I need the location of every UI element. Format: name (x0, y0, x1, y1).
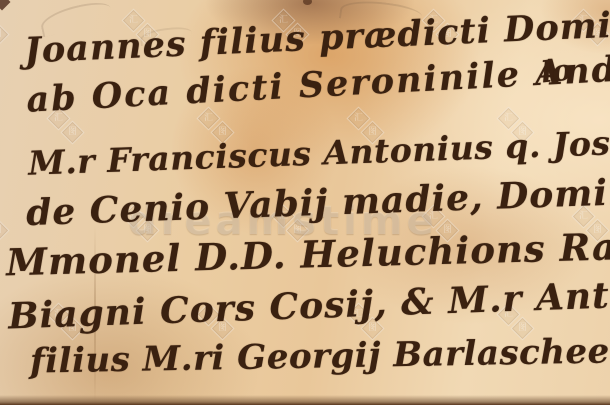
diamond-watermark-icon: 汇 (346, 302, 370, 326)
diamond-watermark-glyph: 图 (365, 321, 380, 336)
diamond-watermark-glyph: 汇 (276, 209, 291, 224)
diamond-watermark-icon: 图 (60, 120, 84, 144)
diamond-watermark-glyph: 图 (590, 223, 605, 238)
diamond-watermark-icon: 图 (360, 316, 384, 340)
diamond-watermark-glyph: 汇 (426, 209, 441, 224)
diamond-watermark-icon: 汇 (421, 8, 445, 32)
diamond-watermark-glyph: 图 (65, 321, 80, 336)
diamond-watermark-glyph: 汇 (51, 307, 66, 322)
photo-bottom-edge (0, 395, 610, 405)
diamond-watermark-glyph: 图 (65, 125, 80, 140)
handwriting-line-2: ab Oca dicti Seroninile Andeloy (25, 44, 610, 121)
diamond-watermark-icon: 汇 (271, 8, 295, 32)
diamond-watermark-glyph: 汇 (126, 13, 141, 28)
diamond-watermark-icon: 汇 (196, 302, 220, 326)
diamond-watermark-glyph: 图 (215, 321, 230, 336)
ghost-pencil-mark (38, 0, 113, 37)
diamond-watermark-glyph: 图 (140, 223, 155, 238)
diamond-watermark-icon: 图 (210, 316, 234, 340)
diamond-watermark-glyph: 图 (590, 27, 605, 42)
handwriting-line-3: M.r Franciscus Antonius q. Jos Mathei (28, 118, 610, 182)
ghost-pencil-mark (139, 26, 192, 46)
diamond-watermark-icon: 图 (360, 120, 384, 144)
diamond-watermark-icon: 图 (0, 218, 10, 242)
diamond-watermark-icon: 图 (585, 218, 609, 242)
diamond-watermark-glyph: 图 (215, 125, 230, 140)
diamond-watermark-icon: 图 (285, 22, 309, 46)
diamond-watermark-icon: 汇 (571, 8, 595, 32)
diamond-watermark-icon: 汇 (46, 302, 70, 326)
stock-watermark-text: dreamstime (128, 198, 438, 244)
diamond-watermark-icon: 图 (285, 218, 309, 242)
diamond-watermark-glyph: 汇 (576, 13, 591, 28)
diamond-watermark-glyph: 图 (515, 321, 530, 336)
diamond-watermark-glyph: 图 (290, 27, 305, 42)
diamond-watermark-icon: 图 (0, 22, 10, 46)
diamond-watermark-glyph: 图 (290, 223, 305, 238)
diamond-watermark-icon: 图 (210, 120, 234, 144)
diamond-watermark-glyph: 汇 (576, 209, 591, 224)
diamond-watermark-glyph: 汇 (501, 307, 516, 322)
diamond-watermark-glyph: 汇 (276, 13, 291, 28)
diamond-watermark-glyph: 图 (365, 125, 380, 140)
diamond-watermark-glyph: 汇 (351, 307, 366, 322)
diamond-watermark-icon: 图 (585, 22, 609, 46)
diamond-watermark-glyph: 汇 (351, 111, 366, 126)
diamond-watermark-icon: 图 (435, 218, 459, 242)
diamond-watermark-icon: 图 (435, 22, 459, 46)
diamond-watermark-icon: 汇 (271, 204, 295, 228)
diamond-watermark-icon: 汇 (46, 106, 70, 130)
diamond-watermark-icon: 汇 (196, 106, 220, 130)
diamond-watermark-glyph: 汇 (501, 111, 516, 126)
diamond-watermark-glyph: 汇 (426, 13, 441, 28)
diamond-watermark-icon: 汇 (496, 106, 520, 130)
diamond-watermark-icon: 图 (60, 316, 84, 340)
diamond-watermark-glyph: 图 (440, 27, 455, 42)
manuscript-photo: 汇图汇图汇图汇图汇图汇图汇图汇图汇图汇图汇图汇图汇图汇图汇图汇图汇图汇图汇图汇图… (0, 0, 610, 405)
diamond-watermark-icon: 图 (510, 120, 534, 144)
diamond-watermark-glyph: 汇 (201, 111, 216, 126)
diamond-watermark-glyph: 图 (0, 27, 5, 42)
diamond-watermark-glyph: 图 (440, 223, 455, 238)
handwriting-line-4: de Cenio Vabij madie, Dominij (25, 170, 610, 234)
top-edge-speck (303, 0, 312, 5)
diamond-watermark-icon: 汇 (121, 204, 145, 228)
paper-crease (94, 225, 96, 405)
handwriting-line-7: filius M.ri Georgij Barlaschee de (30, 330, 610, 381)
diamond-watermark-glyph: 汇 (201, 307, 216, 322)
handwriting-superscript-flourish: lo (539, 53, 573, 90)
diamond-watermark-icon: 汇 (571, 204, 595, 228)
diamond-watermark-icon: 图 (510, 316, 534, 340)
ghost-pencil-mark (339, 0, 423, 30)
diamond-watermark-glyph: 汇 (51, 111, 66, 126)
diamond-watermark-icon: 汇 (496, 302, 520, 326)
diamond-watermark-glyph: 汇 (126, 209, 141, 224)
diamond-watermark-glyph: 图 (0, 223, 5, 238)
handwriting-line-5: Mmonel D.D. Heluchions Rabitor (6, 222, 610, 285)
diamond-watermark-icon: 汇 (121, 8, 145, 32)
diamond-watermark-icon: 汇 (421, 204, 445, 228)
diamond-watermark-icon: 汇 (346, 106, 370, 130)
diamond-watermark-layer: 汇图汇图汇图汇图汇图汇图汇图汇图汇图汇图汇图汇图汇图汇图汇图汇图汇图汇图汇图汇图 (0, 0, 610, 405)
handwriting-line-6: Biagni Cors Cosij, & M.r Antonius (7, 270, 610, 337)
diamond-watermark-icon: 图 (135, 218, 159, 242)
diamond-watermark-glyph: 图 (515, 125, 530, 140)
photo-corner-speck (0, 0, 10, 10)
